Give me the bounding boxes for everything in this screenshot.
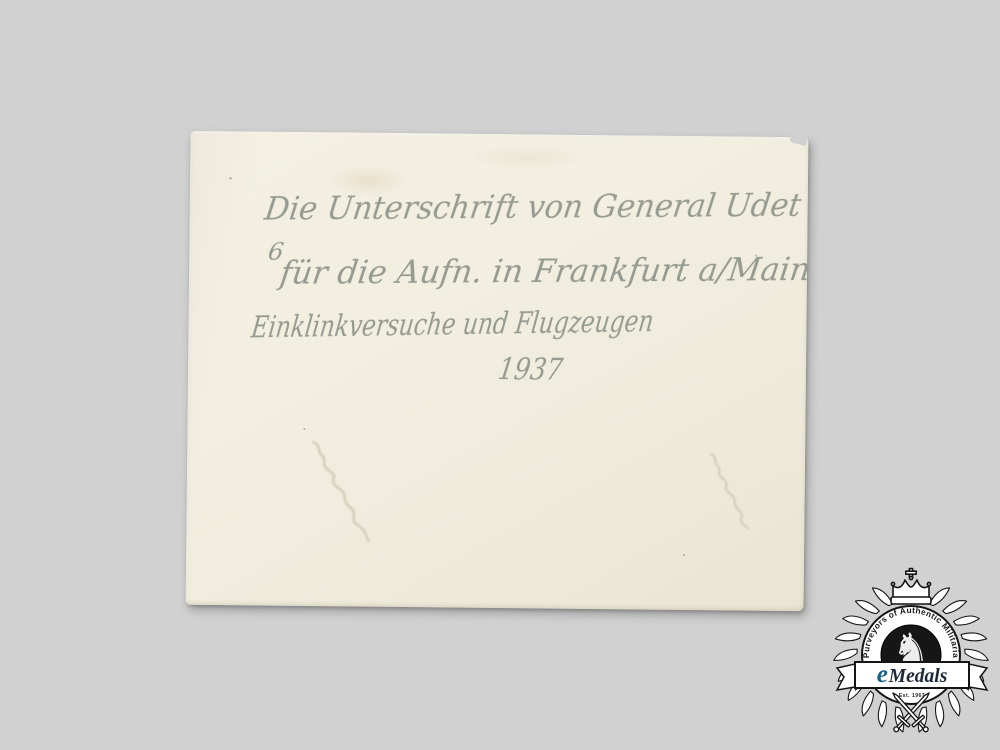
brand-rest: Medals [888, 666, 948, 687]
inscription-line-3: Einklinkversuche und Flugzeugen [249, 304, 656, 345]
photo-card-reverse: Die Unterschrift von General Udet 6 für … [186, 131, 809, 611]
brand-letter-e: e [877, 661, 888, 688]
inscription-line-1: Die Unterschrift von General Udet [262, 186, 804, 228]
ghost-stamp-right [709, 450, 749, 534]
inscription-line-2: für die Aufn. in Frankfurt a/Main [276, 250, 809, 292]
product-photo: Die Unterschrift von General Udet 6 für … [0, 0, 1000, 750]
ghost-stamp-left [311, 435, 370, 550]
crown-icon [891, 569, 931, 605]
emedals-watermark: ♞ Purveyors of Authentic Militaria eMeda… [833, 567, 991, 747]
handwritten-inscription: Die Unterschrift von General Udet 6 für … [186, 131, 809, 611]
established-text: Est. 1967 [899, 693, 925, 699]
inscription-line-4: 1937 [496, 352, 566, 387]
brand-banner: eMedals [837, 661, 987, 691]
brand-text: eMedals [877, 661, 948, 688]
